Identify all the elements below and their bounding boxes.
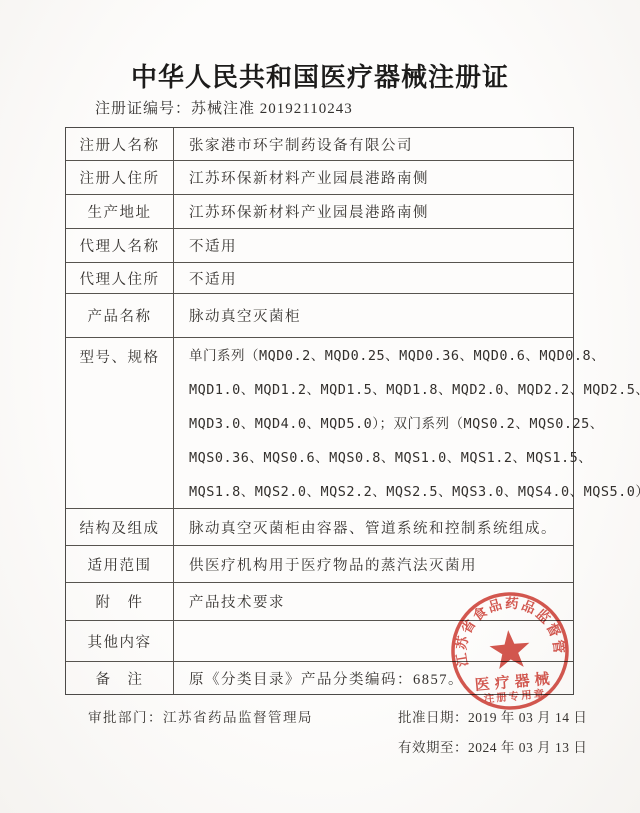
- row-label: 产品名称: [66, 294, 174, 337]
- row-value: 供医疗机构用于医疗物品的蒸汽法灭菌用: [174, 546, 573, 582]
- spec-line: MQD3.0、MQD4.0、MQD5.0）；双门系列（MQS0.2、MQS0.2…: [189, 407, 640, 441]
- approval-department-line: 审批部门：江苏省药品监督管理局: [88, 706, 313, 726]
- table-row-structure: 结构及组成 脉动真空灭菌柜由容器、管道系统和控制系统组成。: [66, 509, 573, 546]
- table-row-model-spec: 型号、规格 单门系列（MQD0.2、MQD0.25、MQD0.36、MQD0.6…: [66, 338, 573, 509]
- certificate-page: 中华人民共和国医疗器械注册证 注册证编号：苏械注准 20192110243 注册…: [0, 0, 640, 813]
- row-value: 江苏环保新材料产业园晨港路南侧: [174, 195, 573, 228]
- row-label: 生产地址: [66, 195, 174, 228]
- table-row-scope: 适用范围 供医疗机构用于医疗物品的蒸汽法灭菌用: [66, 546, 573, 583]
- valid-until-value: 2024 年 03 月 13 日: [468, 740, 587, 755]
- row-value: 张家港市环宇制药设备有限公司: [174, 128, 573, 160]
- spec-line: 单门系列（MQD0.2、MQD0.25、MQD0.36、MQD0.6、MQD0.…: [189, 339, 640, 373]
- page-title: 中华人民共和国医疗器械注册证: [0, 57, 640, 94]
- row-label: 结构及组成: [66, 509, 174, 545]
- valid-until-label: 有效期至：: [398, 740, 468, 755]
- row-value: 产品技术要求: [174, 583, 573, 620]
- table-row-agent-address: 代理人住所 不适用: [66, 263, 573, 294]
- table-row-product-name: 产品名称 脉动真空灭菌柜: [66, 294, 573, 338]
- table-row-registrant-name: 注册人名称 张家港市环宇制药设备有限公司: [66, 128, 573, 161]
- registration-number-line: 注册证编号：苏械注准 20192110243: [95, 97, 353, 118]
- row-value: 不适用: [174, 229, 573, 262]
- spec-line: MQS0.36、MQS0.6、MQS0.8、MQS1.0、MQS1.2、MQS1…: [189, 441, 640, 475]
- row-value: 脉动真空灭菌柜: [174, 294, 573, 337]
- table-row-remark: 备 注 原《分类目录》产品分类编码：6857。: [66, 662, 573, 694]
- row-label: 注册人名称: [66, 128, 174, 160]
- row-label: 型号、规格: [66, 338, 174, 508]
- table-row-other-content: 其他内容: [66, 621, 573, 662]
- registration-number-value: 苏械注准 20192110243: [191, 101, 353, 117]
- approval-date-value: 2019 年 03 月 14 日: [468, 710, 587, 725]
- approval-department-label: 审批部门：: [88, 710, 163, 725]
- row-value: 江苏环保新材料产业园晨港路南侧: [174, 161, 573, 194]
- certificate-table: 注册人名称 张家港市环宇制药设备有限公司 注册人住所 江苏环保新材料产业园晨港路…: [65, 127, 574, 695]
- table-row-agent-name: 代理人名称 不适用: [66, 229, 573, 263]
- row-value: 原《分类目录》产品分类编码：6857。: [174, 662, 573, 694]
- row-label: 代理人住所: [66, 263, 174, 293]
- approval-department-value: 江苏省药品监督管理局: [163, 710, 313, 725]
- row-label: 代理人名称: [66, 229, 174, 262]
- approval-date-line: 批准日期：2019 年 03 月 14 日: [398, 706, 587, 726]
- row-label: 附 件: [66, 583, 174, 620]
- table-row-production-address: 生产地址 江苏环保新材料产业园晨港路南侧: [66, 195, 573, 229]
- row-label: 注册人住所: [66, 161, 174, 194]
- spec-line: MQD1.0、MQD1.2、MQD1.5、MQD1.8、MQD2.0、MQD2.…: [189, 373, 640, 407]
- row-value: 不适用: [174, 263, 573, 293]
- row-label: 其他内容: [66, 621, 174, 661]
- spec-line: MQS1.8、MQS2.0、MQS2.2、MQS2.5、MQS3.0、MQS4.…: [189, 475, 640, 509]
- row-value: 脉动真空灭菌柜由容器、管道系统和控制系统组成。: [174, 509, 573, 545]
- table-row-attachment: 附 件 产品技术要求: [66, 583, 573, 621]
- approval-date-label: 批准日期：: [398, 710, 468, 725]
- row-value: [174, 621, 573, 661]
- valid-until-line: 有效期至：2024 年 03 月 13 日: [398, 736, 587, 756]
- row-label: 备 注: [66, 662, 174, 694]
- row-label: 适用范围: [66, 546, 174, 582]
- registration-number-label: 注册证编号：: [95, 101, 191, 117]
- date-block: 批准日期：2019 年 03 月 14 日 有效期至：2024 年 03 月 1…: [398, 706, 587, 766]
- row-value-model-spec: 单门系列（MQD0.2、MQD0.25、MQD0.36、MQD0.6、MQD0.…: [174, 338, 640, 508]
- table-row-registrant-address: 注册人住所 江苏环保新材料产业园晨港路南侧: [66, 161, 573, 195]
